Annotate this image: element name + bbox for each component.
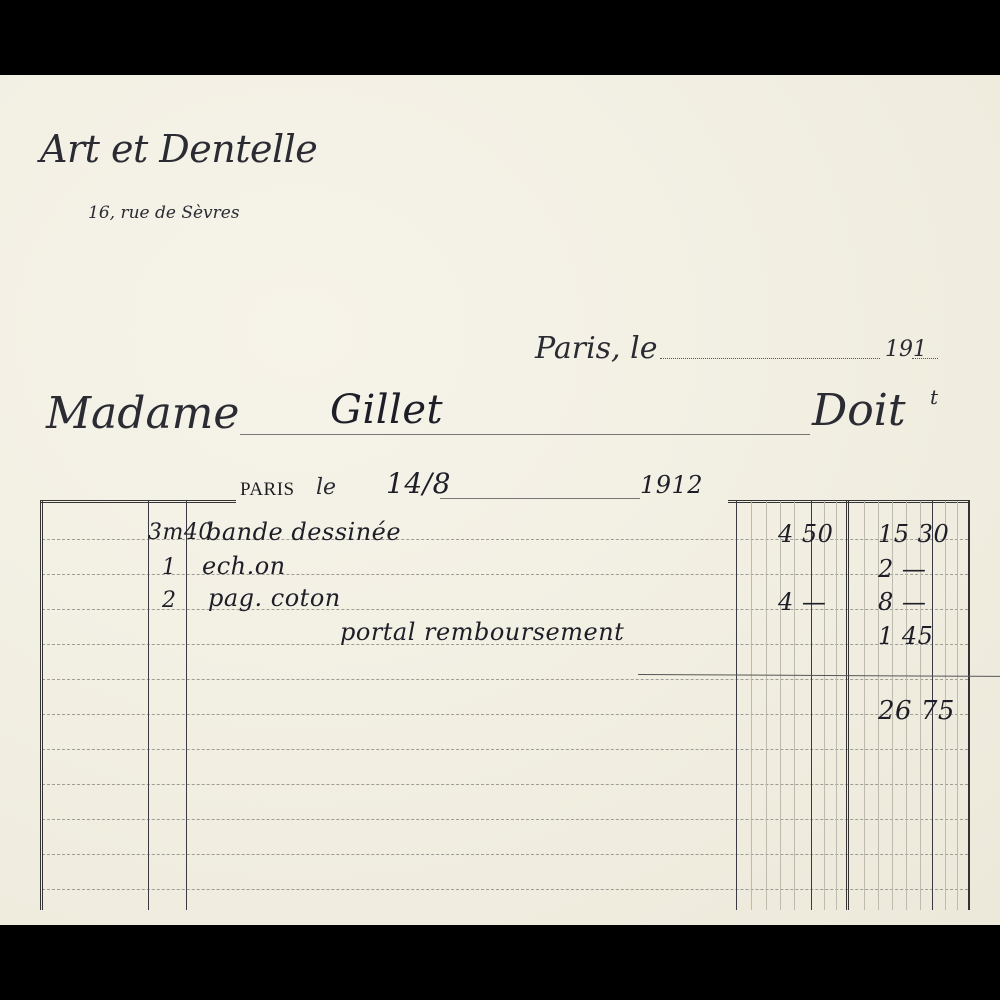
ledger-row-line [42,854,968,855]
ledger-subcol [864,501,865,910]
client-name: Gillet [330,387,443,433]
ledger-subcol [766,501,767,910]
ledger-left-border [40,501,43,910]
ledger-top-rule-right [728,500,970,503]
year-dotted-line [912,358,938,359]
ledger-row-line [42,819,968,820]
ledger-row-line [42,679,968,680]
item-qty: 2 [162,588,177,613]
ledger-col-divider [186,501,187,910]
company-name: Art et Dentelle [40,127,317,171]
item-description: ech.on [202,552,286,580]
item-description: bande dessinée [206,518,401,546]
item-total: 2 — [878,555,926,583]
item-unit-price: 4 50 [778,520,833,548]
invoice-paris-label: PARIS [240,479,295,501]
doit-suffix: t [930,385,938,409]
ledger-subcol [780,501,781,910]
ledger-subcol [794,501,795,910]
ledger-date-rule [440,498,640,499]
item-unit-price: 4 — [778,588,826,616]
item-description: pag. coton [208,584,341,612]
ledger-subcol [957,501,958,910]
ledger-top-rule-left [40,500,236,503]
invoice-year: 1912 [640,471,703,499]
item-total: 1 45 [878,622,933,650]
item-description: portal remboursement [340,618,624,646]
company-address: 16, rue de Sèvres [88,203,240,223]
addressee-line [240,434,810,435]
item-total: 8 — [878,588,926,616]
item-qty: 3m40 [148,520,213,545]
doit-label: Doit [812,385,906,436]
item-qty: 1 [162,555,177,580]
ledger-row-line [42,574,968,575]
ledger-table: 3m40 bande dessinée 4 50 15 30 1 ech.on … [40,500,970,910]
ledger-col-divider [148,501,149,910]
ledger-col-divider [811,501,812,910]
date-dotted-line [660,358,880,359]
ledger-row-line [42,749,968,750]
ledger-subcol [751,501,752,910]
ledger-row-line [42,609,968,610]
ledger-right-border [968,501,970,910]
item-total: 15 30 [878,520,949,548]
ledger-col-divider [846,501,849,910]
ledger-row-line [42,784,968,785]
invoice-date: 14/8 [386,467,451,500]
invoice-le-label: le [316,475,336,500]
invoice-paper: Art et Dentelle 16, rue de Sèvres Paris,… [0,75,1000,925]
ledger-subcol [824,501,825,910]
salutation: Madame [46,388,239,439]
ledger-row-line [42,889,968,890]
ledger-col-divider [736,501,737,910]
grand-total: 26 75 [878,696,955,726]
paris-le-label: Paris, le [535,331,657,366]
ledger-subcol [836,501,837,910]
ledger-row-line [42,714,968,715]
